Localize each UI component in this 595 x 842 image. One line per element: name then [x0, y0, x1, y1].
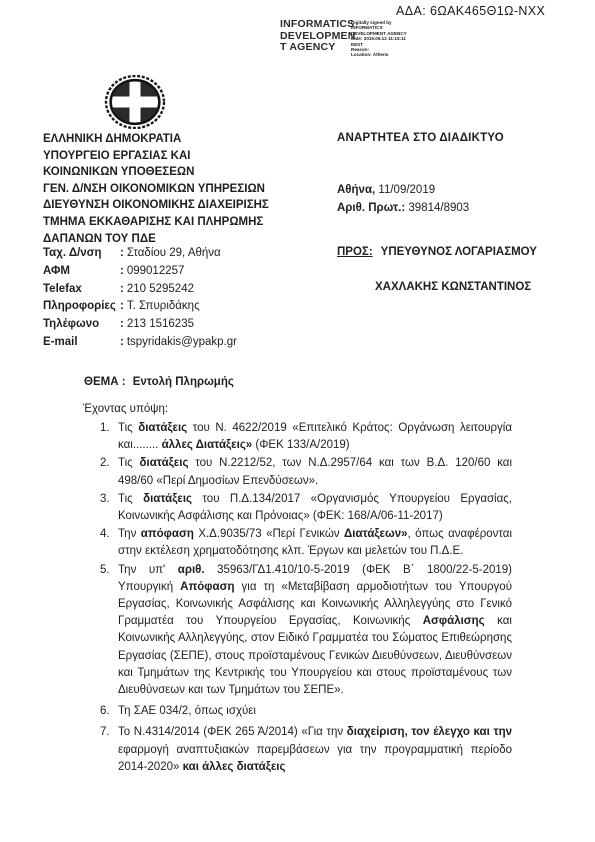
- protocol-number: 39814/8903: [408, 202, 469, 214]
- list-item-number: 6.: [100, 703, 118, 720]
- subject-label: ΘΕΜΑ :: [84, 376, 126, 388]
- issuing-authority-block: ΕΛΛΗΝΙΚΗ ΔΗΜΟΚΡΑΤΙΑ ΥΠΟΥΡΓΕΙΟ ΕΡΓΑΣΙΑΣ Κ…: [43, 131, 333, 247]
- considerations-list: 1. Τις διατάξεις του Ν. 4622/2019 «Επιτε…: [100, 420, 512, 777]
- list-item-number: 4.: [100, 526, 118, 560]
- date-line: Αθήνα, 11/09/2019: [337, 181, 469, 199]
- list-item-text: Το Ν.4314/2014 (ΦΕΚ 265 Ά/2014) «Για την…: [118, 724, 512, 776]
- protocol-label: Αριθ. Πρωτ.:: [337, 202, 405, 214]
- list-item-number: 7.: [100, 724, 118, 776]
- digital-signature-stamp: INFORMATICS DEVELOPMEN T AGENCY Digitall…: [280, 19, 407, 58]
- list-item: 7. Το Ν.4314/2014 (ΦΕΚ 265 Ά/2014) «Για …: [100, 724, 512, 776]
- city-label: Αθήνα,: [337, 184, 375, 196]
- list-item-text: Την υπ' αριθ. 35963/ΓΔ1.410/10-5-2019 (Φ…: [118, 562, 512, 700]
- to-label: ΠΡΟΣ:: [337, 246, 373, 258]
- contact-value: 099012257: [127, 265, 185, 277]
- list-item-number: 1.: [100, 420, 118, 454]
- list-item: 1. Τις διατάξεις του Ν. 4622/2019 «Επιτε…: [100, 420, 512, 454]
- preamble-text: Έχοντας υπόψη:: [83, 403, 168, 415]
- list-item: 3. Τις διατάξεις του Π.Δ.134/2017 «Οργαν…: [100, 491, 512, 525]
- authority-line: ΥΠΟΥΡΓΕΙΟ ΕΡΓΑΣΙΑΣ ΚΑΙ: [43, 148, 333, 165]
- list-item-text: Τη ΣΑΕ 034/2, όπως ισχύει: [118, 703, 512, 720]
- list-item-number: 5.: [100, 562, 118, 700]
- document-date: 11/09/2019: [378, 184, 435, 196]
- publish-notice: ΑΝΑΡΤΗΤΕΑ ΣΤΟ ΔΙΑΔΙΚΤΥΟ: [337, 132, 504, 144]
- contact-value: 213 1516235: [127, 318, 194, 330]
- list-item: 5. Την υπ' αριθ. 35963/ΓΔ1.410/10-5-2019…: [100, 562, 512, 700]
- list-item: 2. Τις διατάξεις του Ν.2212/52, των Ν.Δ.…: [100, 455, 512, 489]
- signature-agency-name: INFORMATICS DEVELOPMEN T AGENCY: [280, 19, 346, 54]
- authority-line: ΔΙΕΥΘΥΝΣΗ ΟΙΚΟΝΟΜΙΚΗΣ ΔΙΑΧΕΙΡΙΣΗΣ: [43, 197, 333, 214]
- contact-row-address: Ταχ. Δ/νση:Σταδίου 29, Αθήνα: [43, 245, 237, 263]
- recipient-name: ΧΑΧΛΑΚΗΣ ΚΩΝΣΤΑΝΤΙΝΟΣ: [375, 281, 531, 293]
- list-item-text: Την απόφαση Χ.Δ.9035/73 «Περί Γενικών Δι…: [118, 526, 512, 560]
- authority-line: ΤΜΗΜΑ ΕΚΚΑΘΑΡΙΣΗΣ ΚΑΙ ΠΛΗΡΩΜΗΣ: [43, 214, 333, 231]
- subject-text: Εντολή Πληρωμής: [133, 376, 234, 388]
- list-item: 4. Την απόφαση Χ.Δ.9035/73 «Περί Γενικών…: [100, 526, 512, 560]
- recipient-block: ΠΡΟΣ: ΥΠΕΥΘΥΝΟΣ ΛΟΓΑΡΙΑΣΜΟΥ: [337, 246, 537, 258]
- contact-row-email: E-mail:tspyridakis@ypakp.gr: [43, 334, 237, 352]
- list-item-number: 2.: [100, 455, 118, 489]
- subject-line: ΘΕΜΑ : Εντολή Πληρωμής: [84, 376, 234, 388]
- contact-value: Τ. Σπυριδάκης: [127, 300, 200, 312]
- authority-line: ΓΕΝ. Δ/ΝΣΗ ΟΙΚΟΝΟΜΙΚΩΝ ΥΠΗΡΕΣΙΩΝ: [43, 181, 333, 198]
- list-item-number: 3.: [100, 491, 118, 525]
- authority-line: ΕΛΛΗΝΙΚΗ ΔΗΜΟΚΡΑΤΙΑ: [43, 131, 333, 148]
- date-protocol-block: Αθήνα, 11/09/2019 Αριθ. Πρωτ.: 39814/890…: [337, 181, 469, 217]
- contact-value: Σταδίου 29, Αθήνα: [127, 247, 221, 259]
- contact-row-afm: ΑΦΜ:099012257: [43, 263, 237, 281]
- list-item: 6. Τη ΣΑΕ 034/2, όπως ισχύει: [100, 703, 512, 720]
- contact-value: 210 5295242: [127, 283, 194, 295]
- authority-line: ΚΟΙΝΩΝΙΚΩΝ ΥΠΟΘΕΣΕΩΝ: [43, 164, 333, 181]
- list-item-text: Τις διατάξεις του Ν. 4622/2019 «Επιτελικ…: [118, 420, 512, 454]
- contact-details-block: Ταχ. Δ/νση:Σταδίου 29, Αθήνα ΑΦΜ:0990122…: [43, 245, 237, 352]
- list-item-text: Τις διατάξεις του Ν.2212/52, των Ν.Δ.295…: [118, 455, 512, 489]
- signature-details: Digitally signed by INFORMATICS DEVELOPM…: [351, 19, 407, 58]
- contact-row-phone: Τηλέφωνο:213 1516235: [43, 316, 237, 334]
- list-item-text: Τις διατάξεις του Π.Δ.134/2017 «Οργανισμ…: [118, 491, 512, 525]
- recipient-role: ΥΠΕΥΘΥΝΟΣ ΛΟΓΑΡΙΑΣΜΟΥ: [381, 246, 537, 258]
- ada-code: ΑΔΑ: 6ΩΑΚ465Θ1Ω-ΝΧΧ: [396, 4, 545, 18]
- document-page: ΑΔΑ: 6ΩΑΚ465Θ1Ω-ΝΧΧ INFORMATICS DEVELOPM…: [0, 0, 595, 842]
- contact-value: tspyridakis@ypakp.gr: [127, 336, 237, 348]
- contact-row-telefax: Telefax:210 5295242: [43, 281, 237, 299]
- greek-coat-of-arms-icon: [103, 75, 167, 132]
- contact-row-information: Πληροφορίες:Τ. Σπυριδάκης: [43, 298, 237, 316]
- protocol-line: Αριθ. Πρωτ.: 39814/8903: [337, 199, 469, 217]
